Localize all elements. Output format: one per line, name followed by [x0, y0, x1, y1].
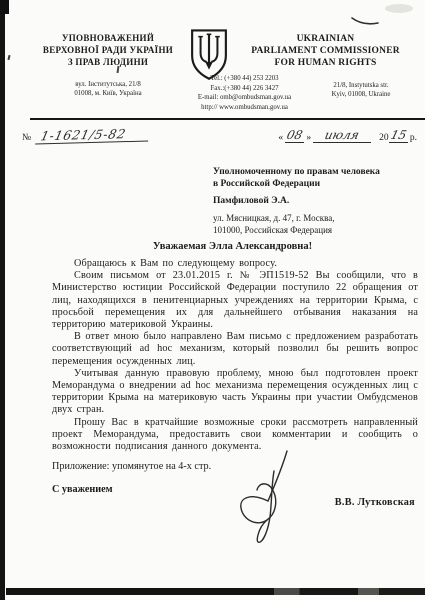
letter-body: Обращаюсь к Вам по следующему вопросу. С…: [52, 258, 418, 453]
scan-edge-left: [0, 0, 5, 600]
scan-speck: [7, 55, 10, 60]
closing-phrase: С уважением: [52, 484, 113, 495]
handwritten-day: 08: [285, 128, 304, 143]
handwritten-signature-icon: [228, 443, 298, 553]
recipient-title-line2: в Российской Федерации: [213, 178, 380, 190]
salutation: Уважаемая Элла Александровна!: [60, 241, 405, 252]
scan-edge-bottom: [6, 588, 425, 595]
handwritten-number: 1-1621/5-82: [35, 126, 148, 145]
reference-row: № 1-1621/5-82 « 08 » июля 20 15 р.: [22, 127, 417, 143]
pen-tick-mark: [350, 15, 380, 29]
scan-smudge: [385, 4, 413, 13]
recipient-block: Уполномоченному по правам человека в Рос…: [213, 166, 380, 236]
handwritten-month: июля: [313, 128, 371, 143]
email-line: E-mail: omb@ombudsman.gov.ua: [182, 93, 307, 103]
scanned-letter-page: УПОВНОВАЖЕНИЙ ВЕРХОВНОЇ РАДИ УКРАЇНИ З П…: [0, 0, 425, 600]
year-printed: 20: [379, 133, 389, 143]
contact-block: Tel.: (+380 44) 253 2203 Fax.:(+380 44) …: [182, 74, 307, 112]
recipient-address-line2: 101000, Российская Федерация: [213, 224, 380, 236]
date-field: « 08 » июля 20 15 р.: [278, 128, 417, 143]
org-title-ukrainian: УПОВНОВАЖЕНИЙ ВЕРХОВНОЇ РАДИ УКРАЇНИ З П…: [34, 28, 182, 68]
phone-line: Tel.: (+380 44) 253 2203: [182, 74, 307, 84]
paragraph: В ответ мною было направлено Вам письмо …: [52, 331, 418, 368]
address-ukrainian: вул. Інститутська, 21/8 01008, м. Київ, …: [34, 74, 182, 98]
fax-line: Fax.:(+380 44) 226 3427: [182, 84, 307, 94]
recipient-title-line1: Уполномоченному по правам человека: [213, 166, 380, 178]
recipient-name: Памфиловой Э.А.: [213, 195, 380, 207]
attachment-note: Приложение: упомянутое на 4-х стр.: [52, 461, 211, 472]
paragraph: Своим письмом от 23.01.2015 г. № ЭП1519-…: [52, 270, 418, 331]
quote-open: «: [278, 133, 283, 143]
recipient-address-line1: ул. Мясницкая, д. 47, г. Москва,: [213, 212, 380, 224]
signer-name: В.В. Лутковская: [335, 497, 415, 508]
paragraph: Учитывая данную правовую проблему, мною …: [52, 368, 418, 417]
letterhead-contacts: вул. Інститутська, 21/8 01008, м. Київ, …: [34, 74, 415, 112]
scan-corner-artifact: [0, 0, 9, 14]
letterhead-divider-rule: [30, 118, 425, 120]
year-suffix: р.: [410, 133, 417, 143]
handwritten-year: 15: [389, 128, 408, 143]
paragraph: Обращаюсь к Вам по следующему вопросу.: [52, 258, 418, 270]
website-line: http:// www.ombudsman.gov.ua: [182, 103, 307, 113]
org-title-english: UKRAINIAN PARLIAMENT COMMISSIONER FOR HU…: [236, 28, 415, 69]
number-label: №: [22, 133, 31, 143]
address-english: 21/8, Instytutska str. Kyiv, 01008, Ukra…: [307, 74, 415, 99]
quote-close: »: [306, 133, 311, 143]
outgoing-number: № 1-1621/5-82: [22, 127, 148, 143]
